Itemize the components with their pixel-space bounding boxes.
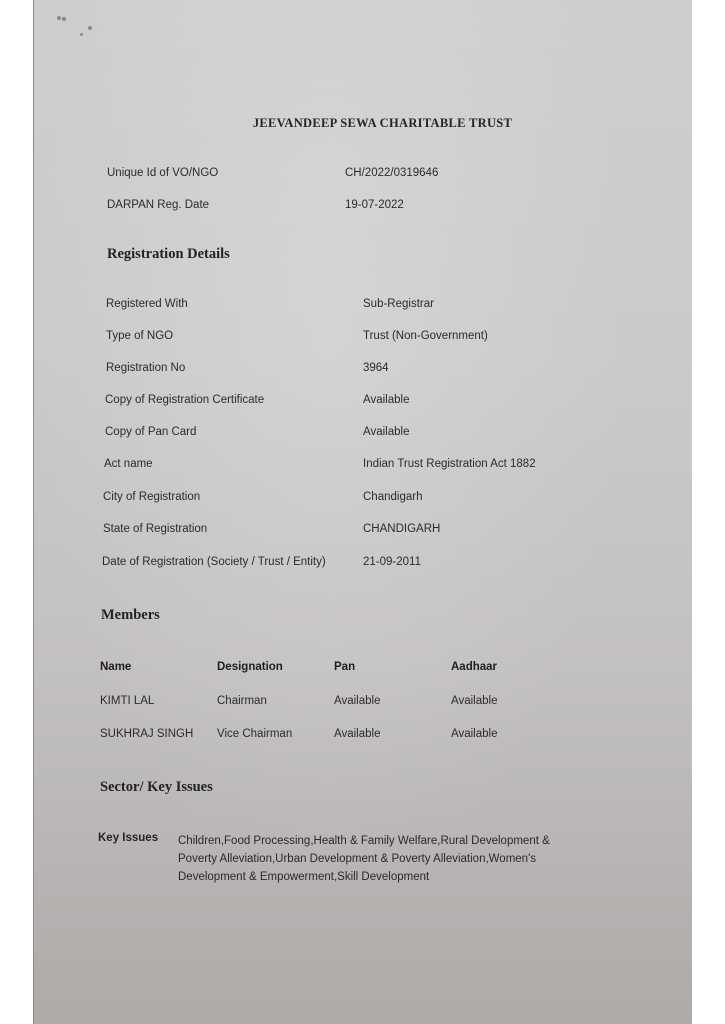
registration-label: Registered With <box>106 298 188 310</box>
registration-value: CHANDIGARH <box>363 523 440 535</box>
summary-label: DARPAN Reg. Date <box>107 199 209 211</box>
key-issues-label: Key Issues <box>98 832 158 844</box>
member-designation: Chairman <box>217 695 267 707</box>
registration-label: Date of Registration (Society / Trust / … <box>102 556 326 568</box>
registration-value: Available <box>363 394 409 406</box>
member-pan: Available <box>334 728 380 740</box>
registration-label: Registration No <box>106 362 185 374</box>
member-name: KIMTI LAL <box>100 695 154 707</box>
members-heading: Members <box>101 607 160 624</box>
registration-value: Chandigarh <box>363 491 422 503</box>
member-pan: Available <box>334 695 380 707</box>
summary-value: 19-07-2022 <box>345 199 404 211</box>
registration-value: Trust (Non-Government) <box>363 330 488 342</box>
registration-label: State of Registration <box>103 523 207 535</box>
paper-speck <box>62 17 66 21</box>
registration-heading: Registration Details <box>107 246 230 263</box>
paper-speck <box>88 26 92 30</box>
members-col-designation: Designation <box>217 661 283 673</box>
member-name: SUKHRAJ SINGH <box>100 728 193 740</box>
registration-value: Available <box>363 426 409 438</box>
member-aadhaar: Available <box>451 728 497 740</box>
sector-heading: Sector/ Key Issues <box>100 779 213 796</box>
summary-label: Unique Id of VO/NGO <box>107 167 218 179</box>
members-col-name: Name <box>100 661 131 673</box>
registration-value: 3964 <box>363 362 389 374</box>
document-title: JEEVANDEEP SEWA CHARITABLE TRUST <box>0 116 725 131</box>
members-col-pan: Pan <box>334 661 355 673</box>
registration-value: 21-09-2011 <box>363 556 421 568</box>
key-issues-text: Children,Food Processing,Health & Family… <box>178 832 550 886</box>
paper-speck <box>80 33 83 36</box>
member-designation: Vice Chairman <box>217 728 292 740</box>
registration-label: Copy of Registration Certificate <box>105 394 264 406</box>
members-col-aadhaar: Aadhaar <box>451 661 497 673</box>
registration-label: City of Registration <box>103 491 200 503</box>
summary-value: CH/2022/0319646 <box>345 167 438 179</box>
member-aadhaar: Available <box>451 695 497 707</box>
registration-label: Type of NGO <box>106 330 173 342</box>
registration-label: Copy of Pan Card <box>105 426 196 438</box>
registration-value: Sub-Registrar <box>363 298 434 310</box>
registration-value: Indian Trust Registration Act 1882 <box>363 458 536 470</box>
registration-label: Act name <box>104 458 153 470</box>
paper-speck <box>57 16 61 20</box>
